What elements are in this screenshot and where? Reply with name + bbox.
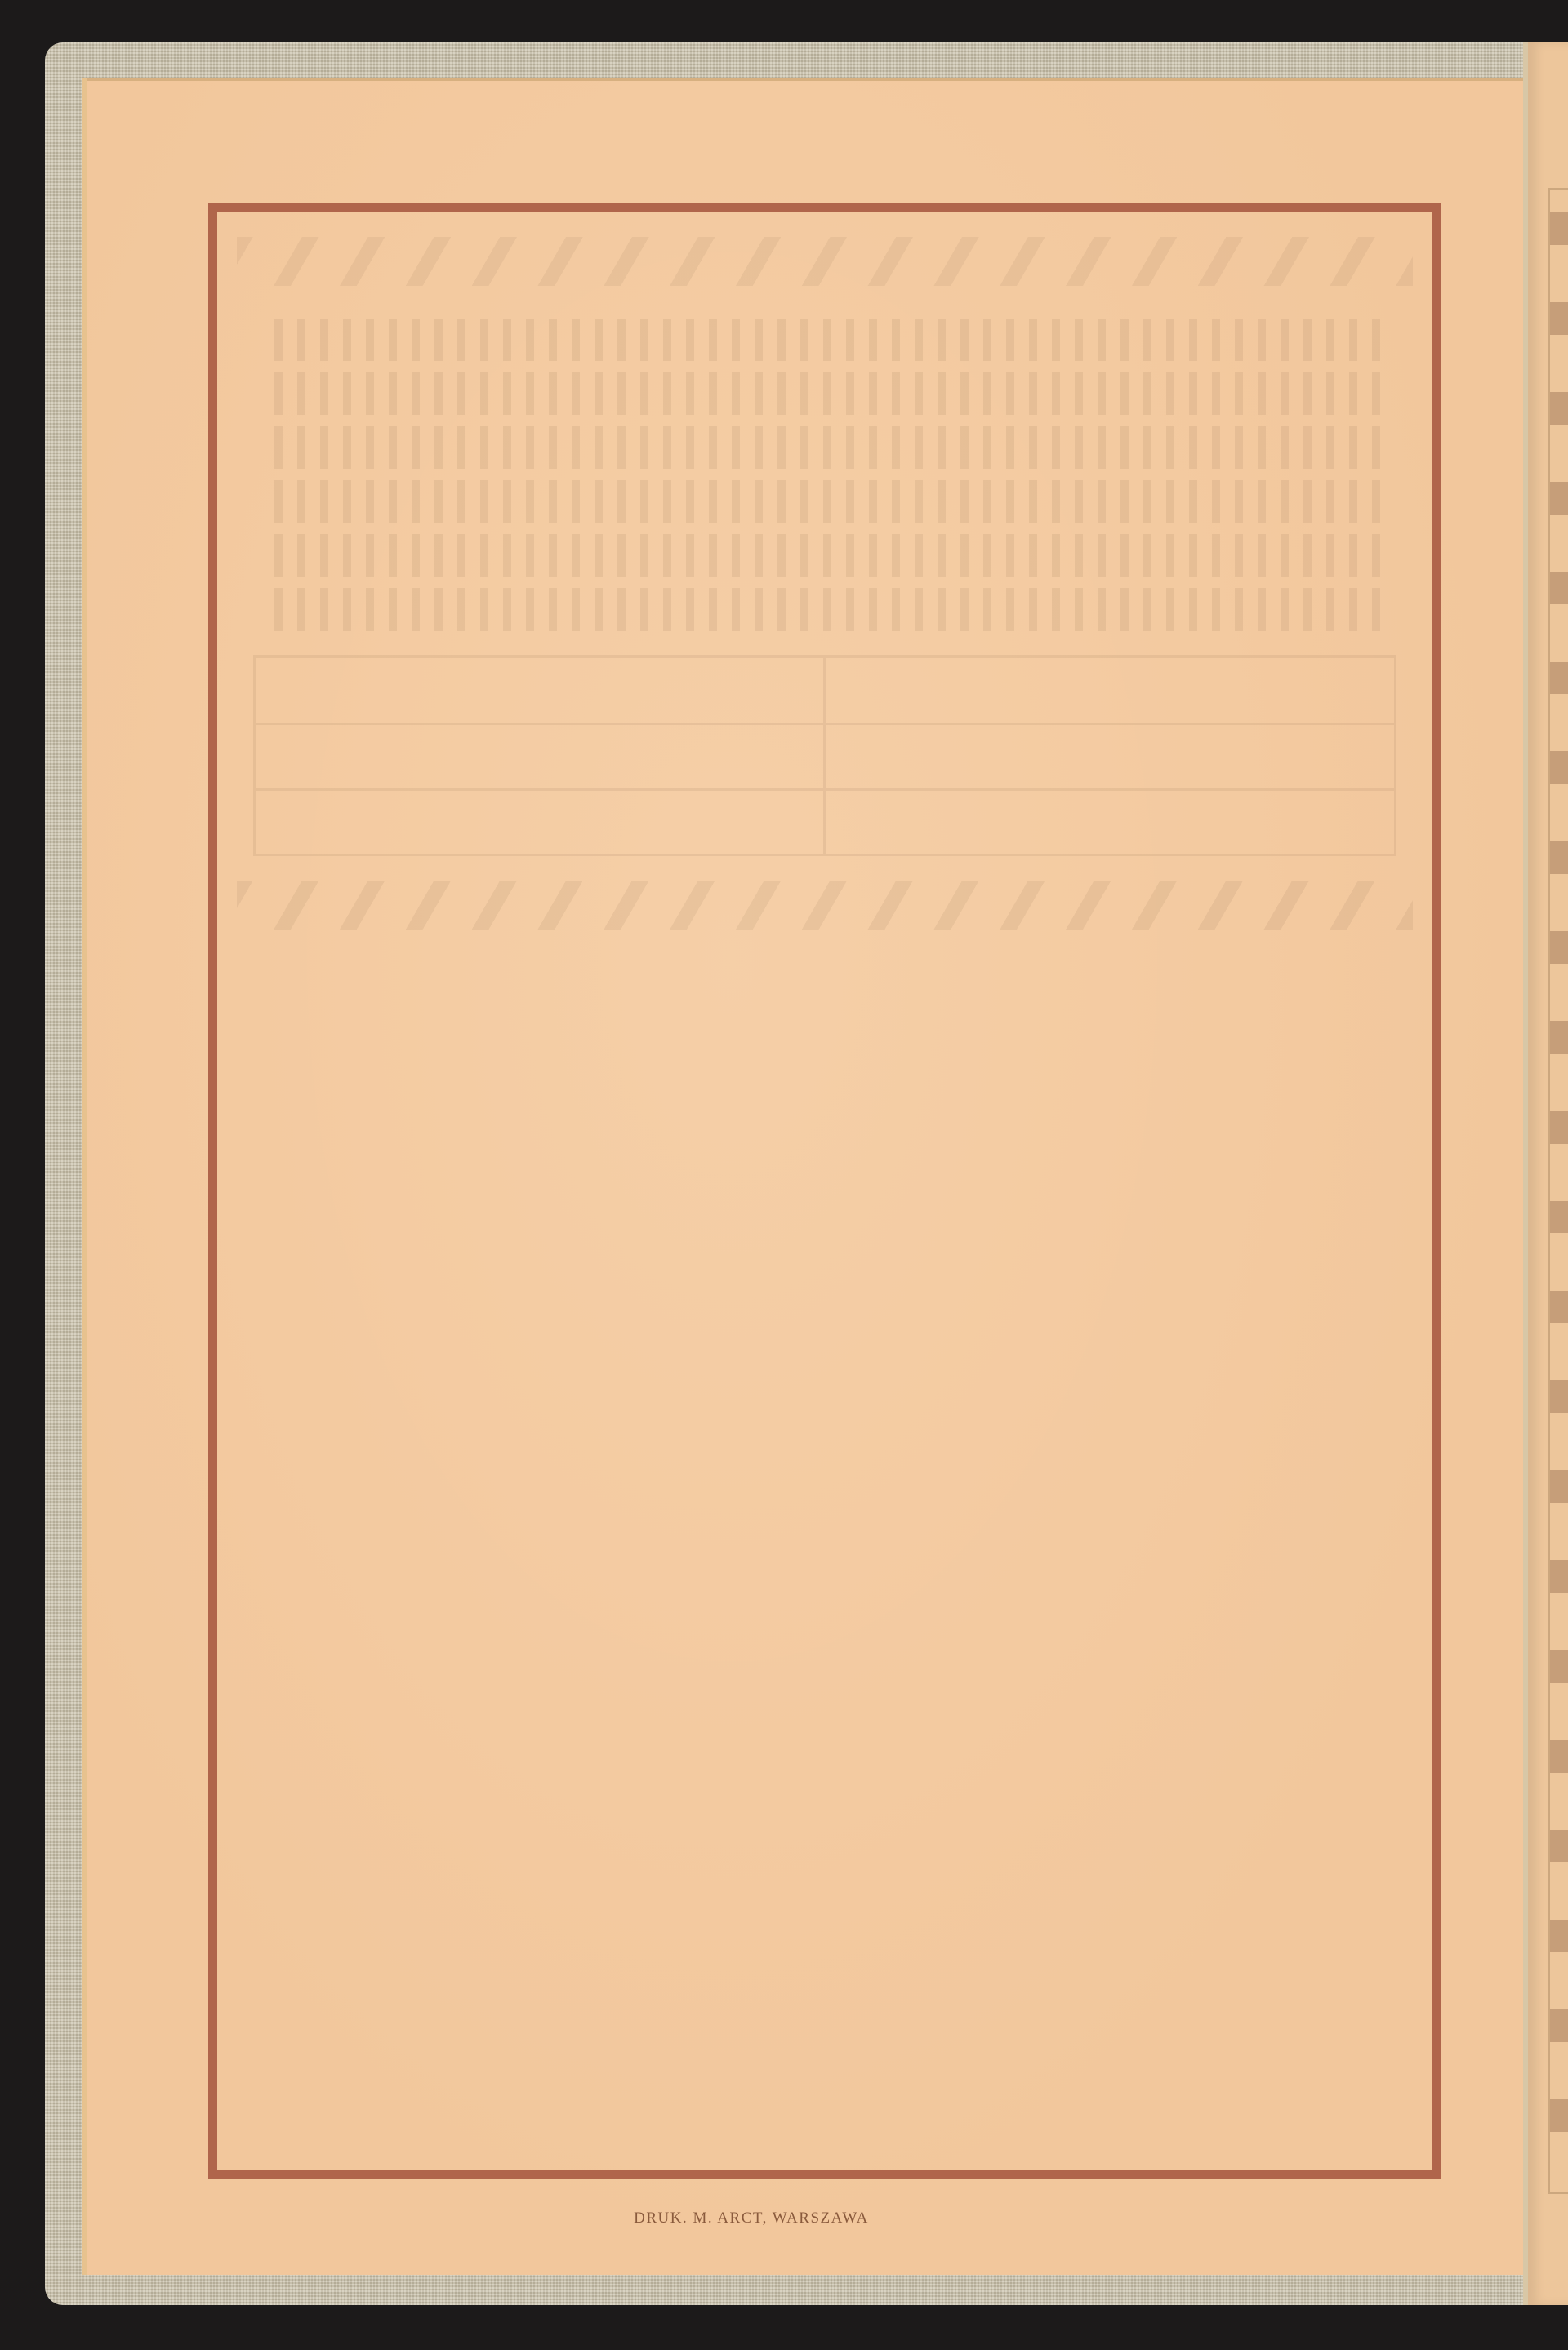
printer-imprint: DRUK. M. ARCT, WARSZAWA <box>0 2210 1568 2227</box>
decorative-frame-border <box>208 203 1441 2179</box>
adjacent-page-ornament <box>1550 212 1568 2173</box>
